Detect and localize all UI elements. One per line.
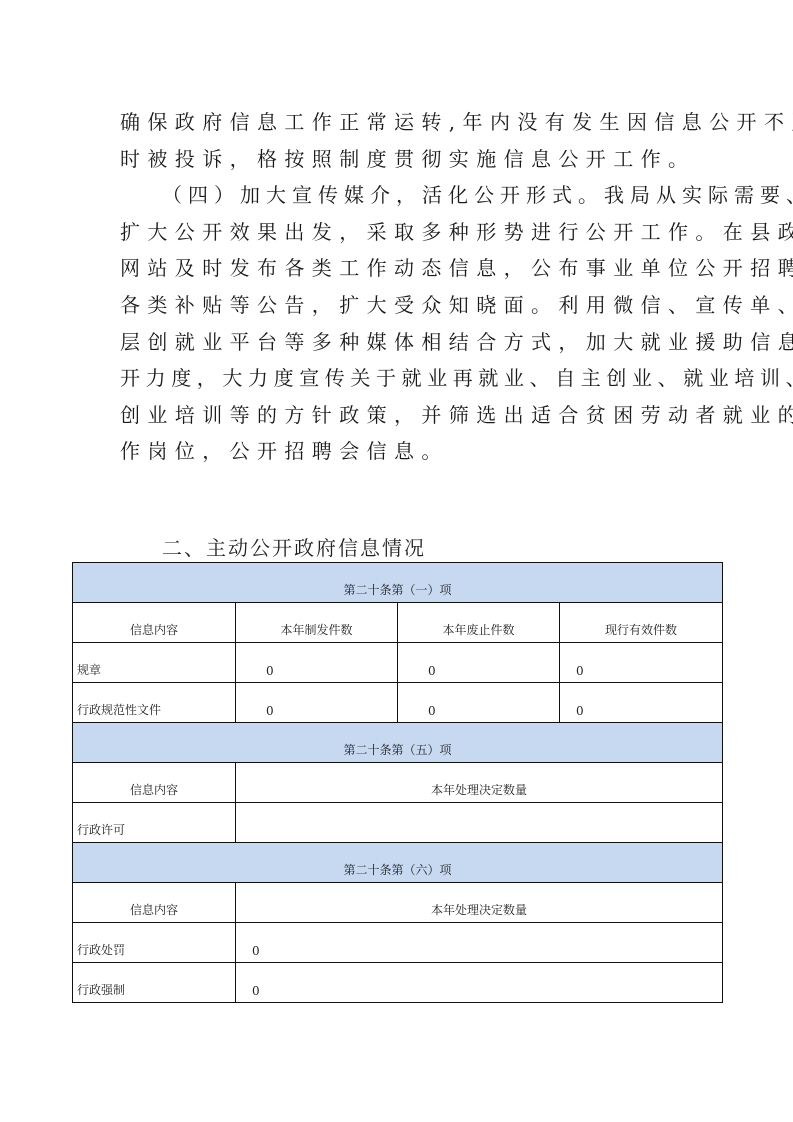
column-header-row: 信息内容 本年处理决定数量 — [73, 763, 723, 803]
text-line: 各类补贴等公告，扩大受众知晓面。利用微信、宣传单、基 — [120, 287, 680, 324]
text-line: 网站及时发布各类工作动态信息，公布事业单位公开招聘、 — [120, 250, 680, 287]
section-header-row: 第二十条第（六）项 — [73, 843, 723, 883]
cell-abolished: 0 — [398, 643, 560, 683]
section-header-row: 第二十条第（一）项 — [73, 563, 723, 603]
cell-value — [236, 803, 723, 843]
table-row: 行政许可 — [73, 803, 723, 843]
column-header: 信息内容 — [73, 883, 236, 923]
cell-valid: 0 — [560, 683, 723, 723]
section-header-row: 第二十条第（五）项 — [73, 723, 723, 763]
cell-value: 0 — [236, 963, 723, 1003]
section-title: 第二十条第（五）项 — [73, 723, 723, 763]
cell-value: 0 — [236, 923, 723, 963]
row-label: 行政强制 — [73, 963, 236, 1003]
column-header: 本年制发件数 — [236, 603, 398, 643]
disclosure-table: 第二十条第（一）项 信息内容 本年制发件数 本年废止件数 现行有效件数 规章 0… — [72, 562, 723, 1003]
column-header: 本年处理决定数量 — [236, 763, 723, 803]
cell-abolished: 0 — [398, 683, 560, 723]
paragraph-continuation: 确保政府信息工作正常运转,年内没有发生因信息公开不及 时被投诉，格按照制度贯彻实… — [120, 104, 680, 470]
column-header: 本年废止件数 — [398, 603, 560, 643]
row-label: 行政处罚 — [73, 923, 236, 963]
text-line: 开力度，大力度宣传关于就业再就业、自主创业、就业培训、 — [120, 360, 680, 397]
table-row: 行政处罚 0 — [73, 923, 723, 963]
column-header: 信息内容 — [73, 763, 236, 803]
section-title: 第二十条第（六）项 — [73, 843, 723, 883]
cell-issued: 0 — [236, 643, 398, 683]
row-label: 行政许可 — [73, 803, 236, 843]
document-page: 确保政府信息工作正常运转,年内没有发生因信息公开不及 时被投诉，格按照制度贯彻实… — [0, 0, 793, 1122]
row-label: 规章 — [73, 643, 236, 683]
table-row: 规章 0 0 0 — [73, 643, 723, 683]
section-heading: 二、主动公开政府信息情况 — [162, 532, 426, 561]
text-line: （四）加大宣传媒介，活化公开形式。我局从实际需要、 — [120, 177, 680, 214]
section-title: 第二十条第（一）项 — [73, 563, 723, 603]
cell-valid: 0 — [560, 643, 723, 683]
text-line: 时被投诉，格按照制度贯彻实施信息公开工作。 — [120, 141, 680, 178]
column-header: 现行有效件数 — [560, 603, 723, 643]
text-line: 作岗位，公开招聘会信息。 — [120, 433, 680, 470]
text-line: 确保政府信息工作正常运转,年内没有发生因信息公开不及 — [120, 104, 680, 141]
table-row: 行政强制 0 — [73, 963, 723, 1003]
row-label: 行政规范性文件 — [73, 683, 236, 723]
cell-issued: 0 — [236, 683, 398, 723]
column-header-row: 信息内容 本年制发件数 本年废止件数 现行有效件数 — [73, 603, 723, 643]
column-header: 信息内容 — [73, 603, 236, 643]
text-line: 扩大公开效果出发，采取多种形势进行公开工作。在县政府 — [120, 214, 680, 251]
column-header: 本年处理决定数量 — [236, 883, 723, 923]
table-row: 行政规范性文件 0 0 0 — [73, 683, 723, 723]
column-header-row: 信息内容 本年处理决定数量 — [73, 883, 723, 923]
text-line: 层创就业平台等多种媒体相结合方式，加大就业援助信息公 — [120, 324, 680, 361]
text-line: 创业培训等的方针政策，并筛选出适合贫困劳动者就业的工 — [120, 397, 680, 434]
